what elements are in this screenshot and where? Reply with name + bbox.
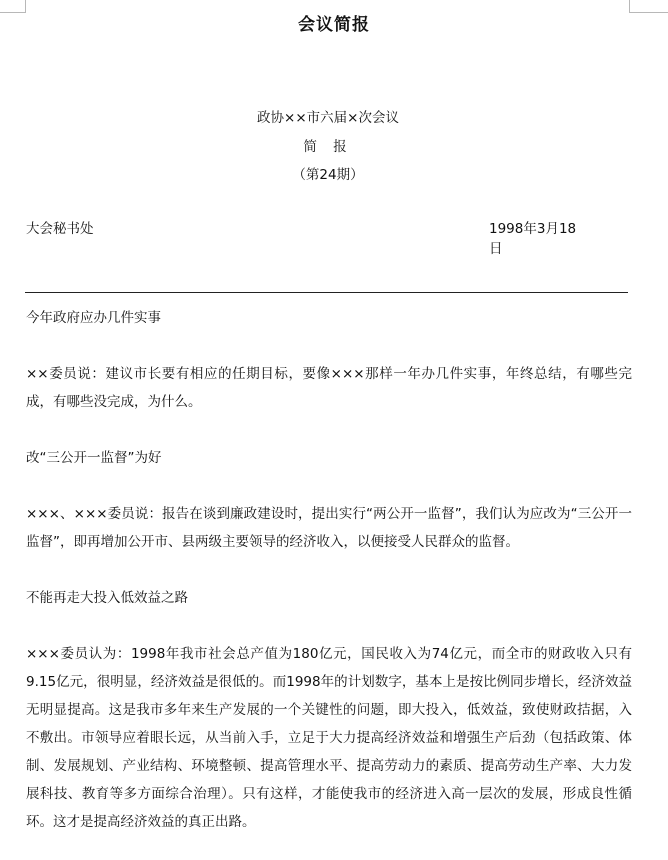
section: 今年政府应办几件实事 ××委员说：建议市长要有相应的任期目标，要像×××那样一年…: [26, 304, 632, 416]
section-paragraph: ×××、×××委员说：报告在谈到廉政建设时，提出实行“两公开一监督”，我们认为应…: [26, 500, 632, 556]
issue-number: （第24期）: [0, 161, 656, 190]
section: 改“三公开一监督”为好 ×××、×××委员说：报告在谈到廉政建设时，提出实行“两…: [26, 444, 632, 556]
section-heading: 改“三公开一监督”为好: [26, 444, 632, 472]
section: 不能再走大投入低效益之路 ×××委员认为：1998年我市社会总产值为180亿元，…: [26, 584, 632, 836]
briefing-header: 政协××市六届×次会议 简 报 （第24期）: [0, 104, 656, 190]
spacer: [26, 472, 632, 500]
meeting-name: 政协××市六届×次会议: [0, 104, 656, 133]
spacer: [26, 332, 632, 360]
spacer: [26, 416, 632, 444]
separator-rule: [25, 292, 628, 293]
issuer: 大会秘书处: [26, 219, 94, 239]
document-title: 会议简报: [0, 10, 668, 35]
section-paragraph: ××委员说：建议市长要有相应的任期目标，要像×××那样一年办几件实事，年终总结，…: [26, 360, 632, 416]
section-paragraph: ×××委员认为：1998年我市社会总产值为180亿元，国民收入为74亿元，而全市…: [26, 640, 632, 836]
issue-date: 1998年3月18日: [489, 219, 586, 259]
spacer: [26, 556, 632, 584]
section-heading: 不能再走大投入低效益之路: [26, 584, 632, 612]
brief-label: 简 报: [0, 133, 656, 162]
section-heading: 今年政府应办几件实事: [26, 304, 632, 332]
document-body: 今年政府应办几件实事 ××委员说：建议市长要有相应的任期目标，要像×××那样一年…: [26, 304, 632, 836]
spacer: [26, 612, 632, 640]
